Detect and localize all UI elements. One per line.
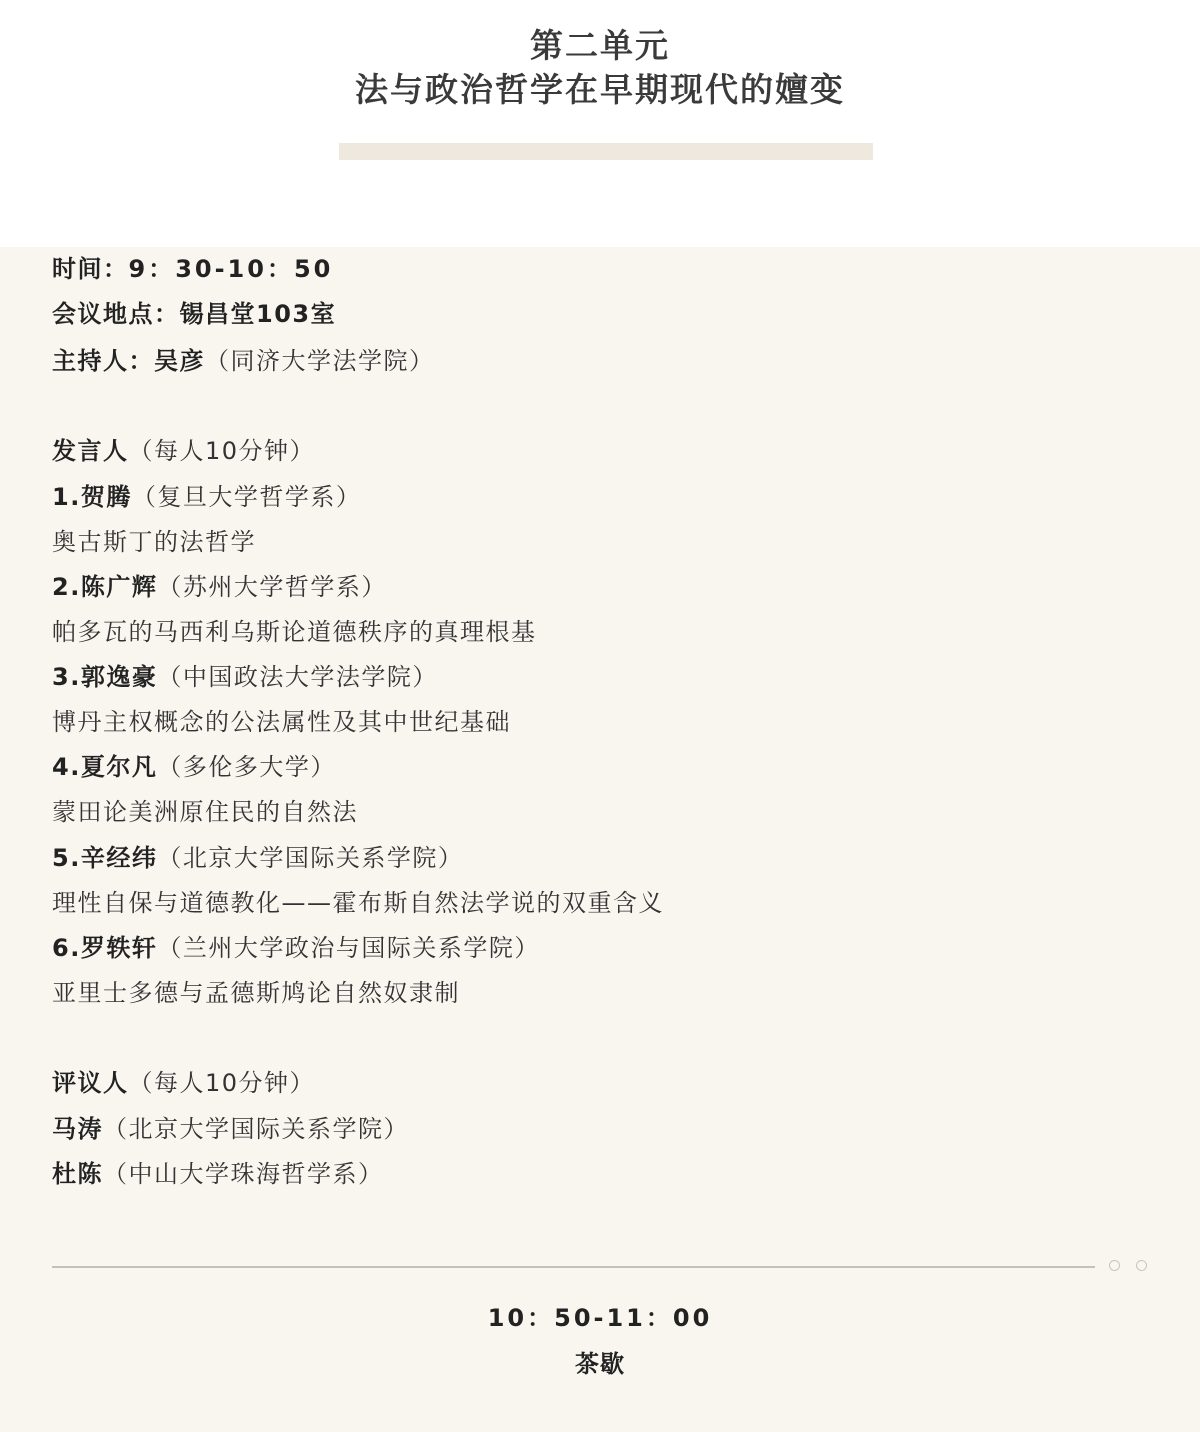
discussant-name: 马涛 <box>52 1115 103 1143</box>
speaker-index: 6. <box>52 934 81 962</box>
discussant-row: 杜陈（中山大学珠海哲学系） <box>52 1158 384 1190</box>
time-row: 时间：9：30-10：50 <box>52 253 333 285</box>
section-divider <box>52 1266 1095 1268</box>
speaker-index: 4. <box>52 753 81 781</box>
speaker-affiliation: （兰州大学政治与国际关系学院） <box>157 934 540 962</box>
speaker-affiliation: （苏州大学哲学系） <box>157 573 387 601</box>
speakers-heading: 发言人（每人10分钟） <box>52 435 315 467</box>
decorative-bar <box>339 143 873 160</box>
time-label: 时间： <box>52 255 129 283</box>
speaker-name: 贺腾 <box>81 483 132 511</box>
speaker-row: 2.陈广辉（苏州大学哲学系） <box>52 571 387 603</box>
speaker-affiliation: （复旦大学哲学系） <box>132 483 362 511</box>
speaker-affiliation: （北京大学国际关系学院） <box>157 844 463 872</box>
speaker-name: 夏尔凡 <box>81 753 158 781</box>
speaker-affiliation: （多伦多大学） <box>157 753 336 781</box>
discussant-affiliation: （中山大学珠海哲学系） <box>103 1160 384 1188</box>
speaker-affiliation: （中国政法大学法学院） <box>157 663 438 691</box>
speaker-name: 辛经纬 <box>81 844 158 872</box>
circle-icon <box>1136 1260 1147 1271</box>
discussants-heading: 评议人（每人10分钟） <box>52 1067 315 1099</box>
speaker-index: 5. <box>52 844 81 872</box>
speaker-row: 3.郭逸豪（中国政法大学法学院） <box>52 661 438 693</box>
speaker-topic: 博丹主权概念的公法属性及其中世纪基础 <box>52 706 511 738</box>
host-affiliation: （同济大学法学院） <box>205 347 435 375</box>
circle-icon <box>1109 1260 1120 1271</box>
venue-value: 锡昌堂103室 <box>180 300 337 328</box>
discussant-row: 马涛（北京大学国际关系学院） <box>52 1113 409 1145</box>
speaker-index: 1. <box>52 483 81 511</box>
discussants-heading-label: 评议人 <box>52 1069 129 1097</box>
speakers-heading-note: （每人10分钟） <box>129 437 316 465</box>
speakers-heading-label: 发言人 <box>52 437 129 465</box>
speaker-index: 3. <box>52 663 81 691</box>
speaker-topic: 帕多瓦的马西利乌斯论道德秩序的真理根基 <box>52 616 537 648</box>
discussant-affiliation: （北京大学国际关系学院） <box>103 1115 409 1143</box>
unit-title: 第二单元 <box>0 24 1200 68</box>
host-label: 主持人： <box>52 347 154 375</box>
time-value: 9：30-10：50 <box>129 255 334 283</box>
speaker-topic: 蒙田论美洲原住民的自然法 <box>52 796 358 828</box>
discussant-name: 杜陈 <box>52 1160 103 1188</box>
session-title: 法与政治哲学在早期现代的嬗变 <box>0 68 1200 112</box>
break-label: 茶歇 <box>0 1348 1200 1380</box>
host-name: 吴彦 <box>154 347 205 375</box>
speaker-topic: 亚里士多德与孟德斯鸠论自然奴隶制 <box>52 977 460 1009</box>
speaker-topic: 理性自保与道德教化——霍布斯自然法学说的双重含义 <box>52 887 664 919</box>
speaker-row: 5.辛经纬（北京大学国际关系学院） <box>52 842 463 874</box>
session-details: 时间：9：30-10：50 会议地点：锡昌堂103室 主持人：吴彦（同济大学法学… <box>0 247 1200 1432</box>
speaker-row: 4.夏尔凡（多伦多大学） <box>52 751 336 783</box>
header: 第二单元 法与政治哲学在早期现代的嬗变 <box>0 0 1200 247</box>
discussants-heading-note: （每人10分钟） <box>129 1069 316 1097</box>
speaker-row: 6.罗轶轩（兰州大学政治与国际关系学院） <box>52 932 540 964</box>
speaker-index: 2. <box>52 573 81 601</box>
speaker-row: 1.贺腾（复旦大学哲学系） <box>52 481 361 513</box>
venue-row: 会议地点：锡昌堂103室 <box>52 298 336 330</box>
speaker-name: 郭逸豪 <box>81 663 158 691</box>
speaker-name: 罗轶轩 <box>81 934 158 962</box>
host-row: 主持人：吴彦（同济大学法学院） <box>52 345 435 377</box>
speaker-name: 陈广辉 <box>81 573 158 601</box>
venue-label: 会议地点： <box>52 300 180 328</box>
speaker-topic: 奥古斯丁的法哲学 <box>52 526 256 558</box>
break-time: 10：50-11：00 <box>0 1302 1200 1334</box>
